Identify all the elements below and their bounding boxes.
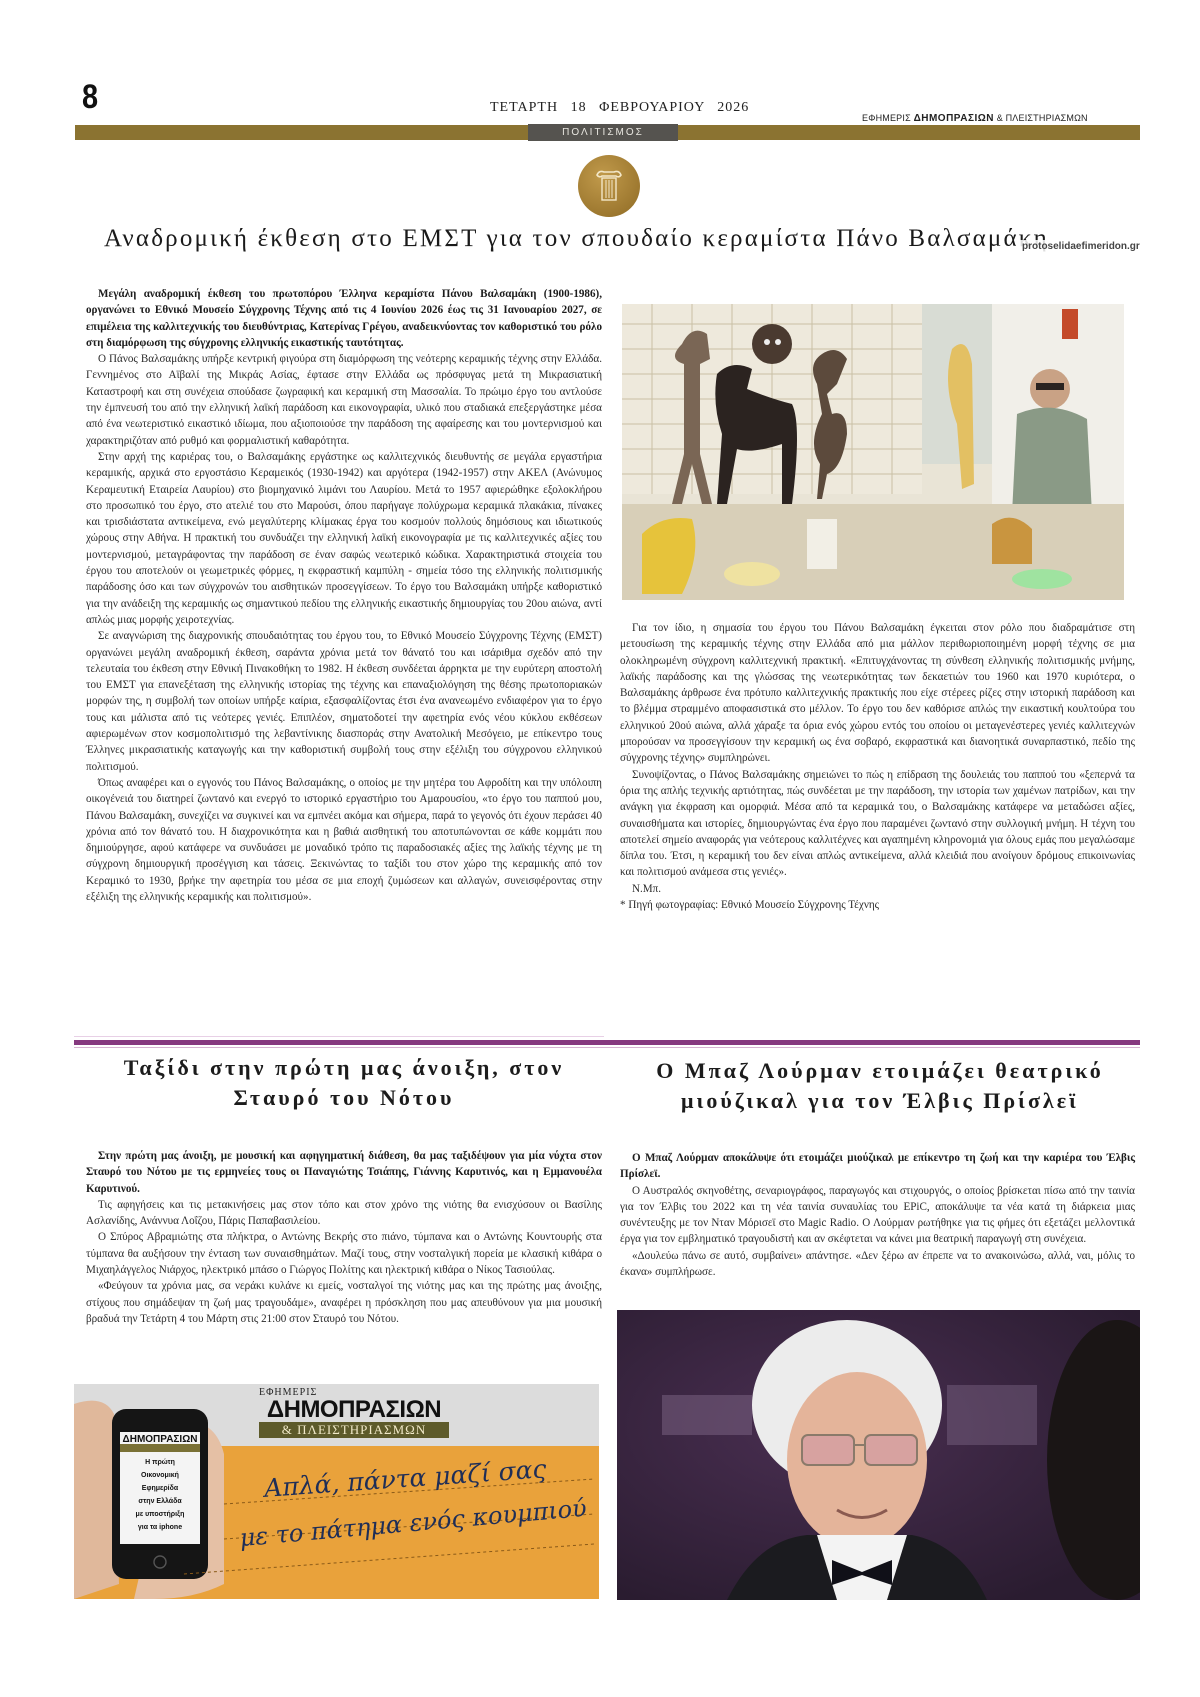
- artist-studio-photo: [622, 304, 1124, 600]
- article-paragraph: Για τον ίδιο, η σημασία του έργου του Πά…: [620, 620, 1135, 767]
- issue-date: ΤΕΤΑΡΤΗ 18 ΦΕΒΡΟΥΑΡΙΟΥ 2026: [490, 100, 749, 116]
- section-divider: [74, 1040, 1140, 1045]
- article-paragraph: Σε αναγνώριση της διαχρονικής σπουδαιότη…: [86, 628, 602, 775]
- article-paragraph: «Δουλεύω πάνω σε αυτό, συμβαίνει» απάντη…: [620, 1248, 1135, 1281]
- article-paragraph: Συνοψίζοντας, ο Πάνος Βαλσαμάκης σημειών…: [620, 767, 1135, 881]
- article2-body: Στην πρώτη μας άνοιξη, με μουσική και αφ…: [86, 1148, 602, 1327]
- svg-text:Η πρώτη: Η πρώτη: [145, 1459, 175, 1466]
- article-lead: Μεγάλη αναδρομική έκθεση του πρωτοπόρου …: [86, 286, 602, 351]
- article-body-column-1: Μεγάλη αναδρομική έκθεση του πρωτοπόρου …: [86, 286, 602, 905]
- article2-headline: Ταξίδι στην πρώτη μας άνοιξη, στον Σταυρ…: [84, 1053, 604, 1113]
- article-paragraph: Στην αρχή της καριέρας του, ο Βαλσαμάκης…: [86, 449, 602, 628]
- masthead: ΕΦΗΜΕΡΙΣ ΔΗΜΟΠΡΑΣΙΩΝ & ΠΛΕΙΣΤΗΡΙΑΣΜΩΝ: [862, 113, 1088, 124]
- ionic-column-icon: [578, 155, 640, 217]
- ad-brand-name: ΔΗΜΟΠΡΑΣΙΩΝ: [259, 1398, 449, 1422]
- svg-text:για τα iphone: για τα iphone: [138, 1524, 182, 1531]
- column-rule: [74, 1036, 604, 1037]
- article-paragraph: Ο Πάνος Βαλσαμάκης υπήρξε κεντρική φιγού…: [86, 351, 602, 449]
- article-paragraph: Ο Σπύρος Αβραμιώτης στα πλήκτρα, ο Αντών…: [86, 1229, 602, 1278]
- article-paragraph: Ο Αυστραλός σκηνοθέτης, σεναριογράφος, π…: [620, 1183, 1135, 1248]
- article3-body: Ο Μπαζ Λούρμαν αποκάλυψε ότι ετοιμάζει μ…: [620, 1150, 1135, 1280]
- article-paragraph: Όπως αναφέρει και ο εγγονός του Πάνος Βα…: [86, 775, 602, 905]
- ad-brand-suffix: & ΠΛΕΙΣΤΗΡΙΑΣΜΩΝ: [259, 1422, 449, 1438]
- newspaper-app-advertisement[interactable]: ΔΗΜΟΠΡΑΣΙΩΝ Η πρώτηΟικονομική Εφημερίδασ…: [74, 1384, 599, 1599]
- section-divider-thin: [74, 1047, 1140, 1048]
- masthead-prefix: ΕΦΗΜΕΡΙΣ: [862, 113, 911, 123]
- baz-luhrmann-photo: [617, 1310, 1140, 1600]
- headline-line: μιούζικαλ για τον Έλβις Πρίσλεϊ: [620, 1086, 1140, 1116]
- article-headline: Αναδρομική έκθεση στο ΕΜΣΤ για τον σπουδ…: [104, 225, 1124, 253]
- article-paragraph: «Φεύγουν τα χρόνια μας, σα νεράκι κυλάνε…: [86, 1278, 602, 1327]
- article-body-column-2: Για τον ίδιο, η σημασία του έργου του Πά…: [620, 620, 1135, 913]
- svg-text:στην Ελλάδα: στην Ελλάδα: [138, 1497, 182, 1505]
- svg-text:Εφημερίδα: Εφημερίδα: [142, 1485, 179, 1492]
- masthead-suffix: & ΠΛΕΙΣΤΗΡΙΑΣΜΩΝ: [997, 113, 1088, 123]
- article-author: Ν.Μπ.: [620, 881, 1135, 897]
- headline-line: Ταξίδι στην πρώτη μας άνοιξη, στον: [84, 1053, 604, 1083]
- svg-text:με υποστήριξη: με υποστήριξη: [136, 1511, 185, 1518]
- watermark: protoselidaefimeridon.gr: [1020, 240, 1142, 253]
- article-paragraph: Τις αφηγήσεις και τις μετακινήσεις μας σ…: [86, 1197, 602, 1230]
- article3-headline: Ο Μπαζ Λούρμαν ετοιμάζει θεατρικό μιούζι…: [620, 1056, 1140, 1116]
- headline-line: Σταυρό του Νότου: [84, 1083, 604, 1113]
- svg-text:Οικονομική: Οικονομική: [141, 1472, 179, 1479]
- page-number: 8: [82, 78, 97, 117]
- svg-text:ΔΗΜΟΠΡΑΣΙΩΝ: ΔΗΜΟΠΡΑΣΙΩΝ: [123, 1434, 198, 1445]
- masthead-name: ΔΗΜΟΠΡΑΣΙΩΝ: [914, 113, 994, 124]
- section-label: ΠΟΛΙΤΙΣΜΟΣ: [528, 124, 678, 141]
- article-lead: Στην πρώτη μας άνοιξη, με μουσική και αφ…: [86, 1148, 602, 1197]
- ad-brand: ΕΦΗΜΕΡΙΣ ΔΗΜΟΠΡΑΣΙΩΝ & ΠΛΕΙΣΤΗΡΙΑΣΜΩΝ: [259, 1387, 449, 1438]
- headline-line: Ο Μπαζ Λούρμαν ετοιμάζει θεατρικό: [620, 1056, 1140, 1086]
- photo-credit: * Πηγή φωτογραφίας: Εθνικό Μουσείο Σύγχρ…: [620, 897, 1135, 913]
- article-lead: Ο Μπαζ Λούρμαν αποκάλυψε ότι ετοιμάζει μ…: [620, 1150, 1135, 1183]
